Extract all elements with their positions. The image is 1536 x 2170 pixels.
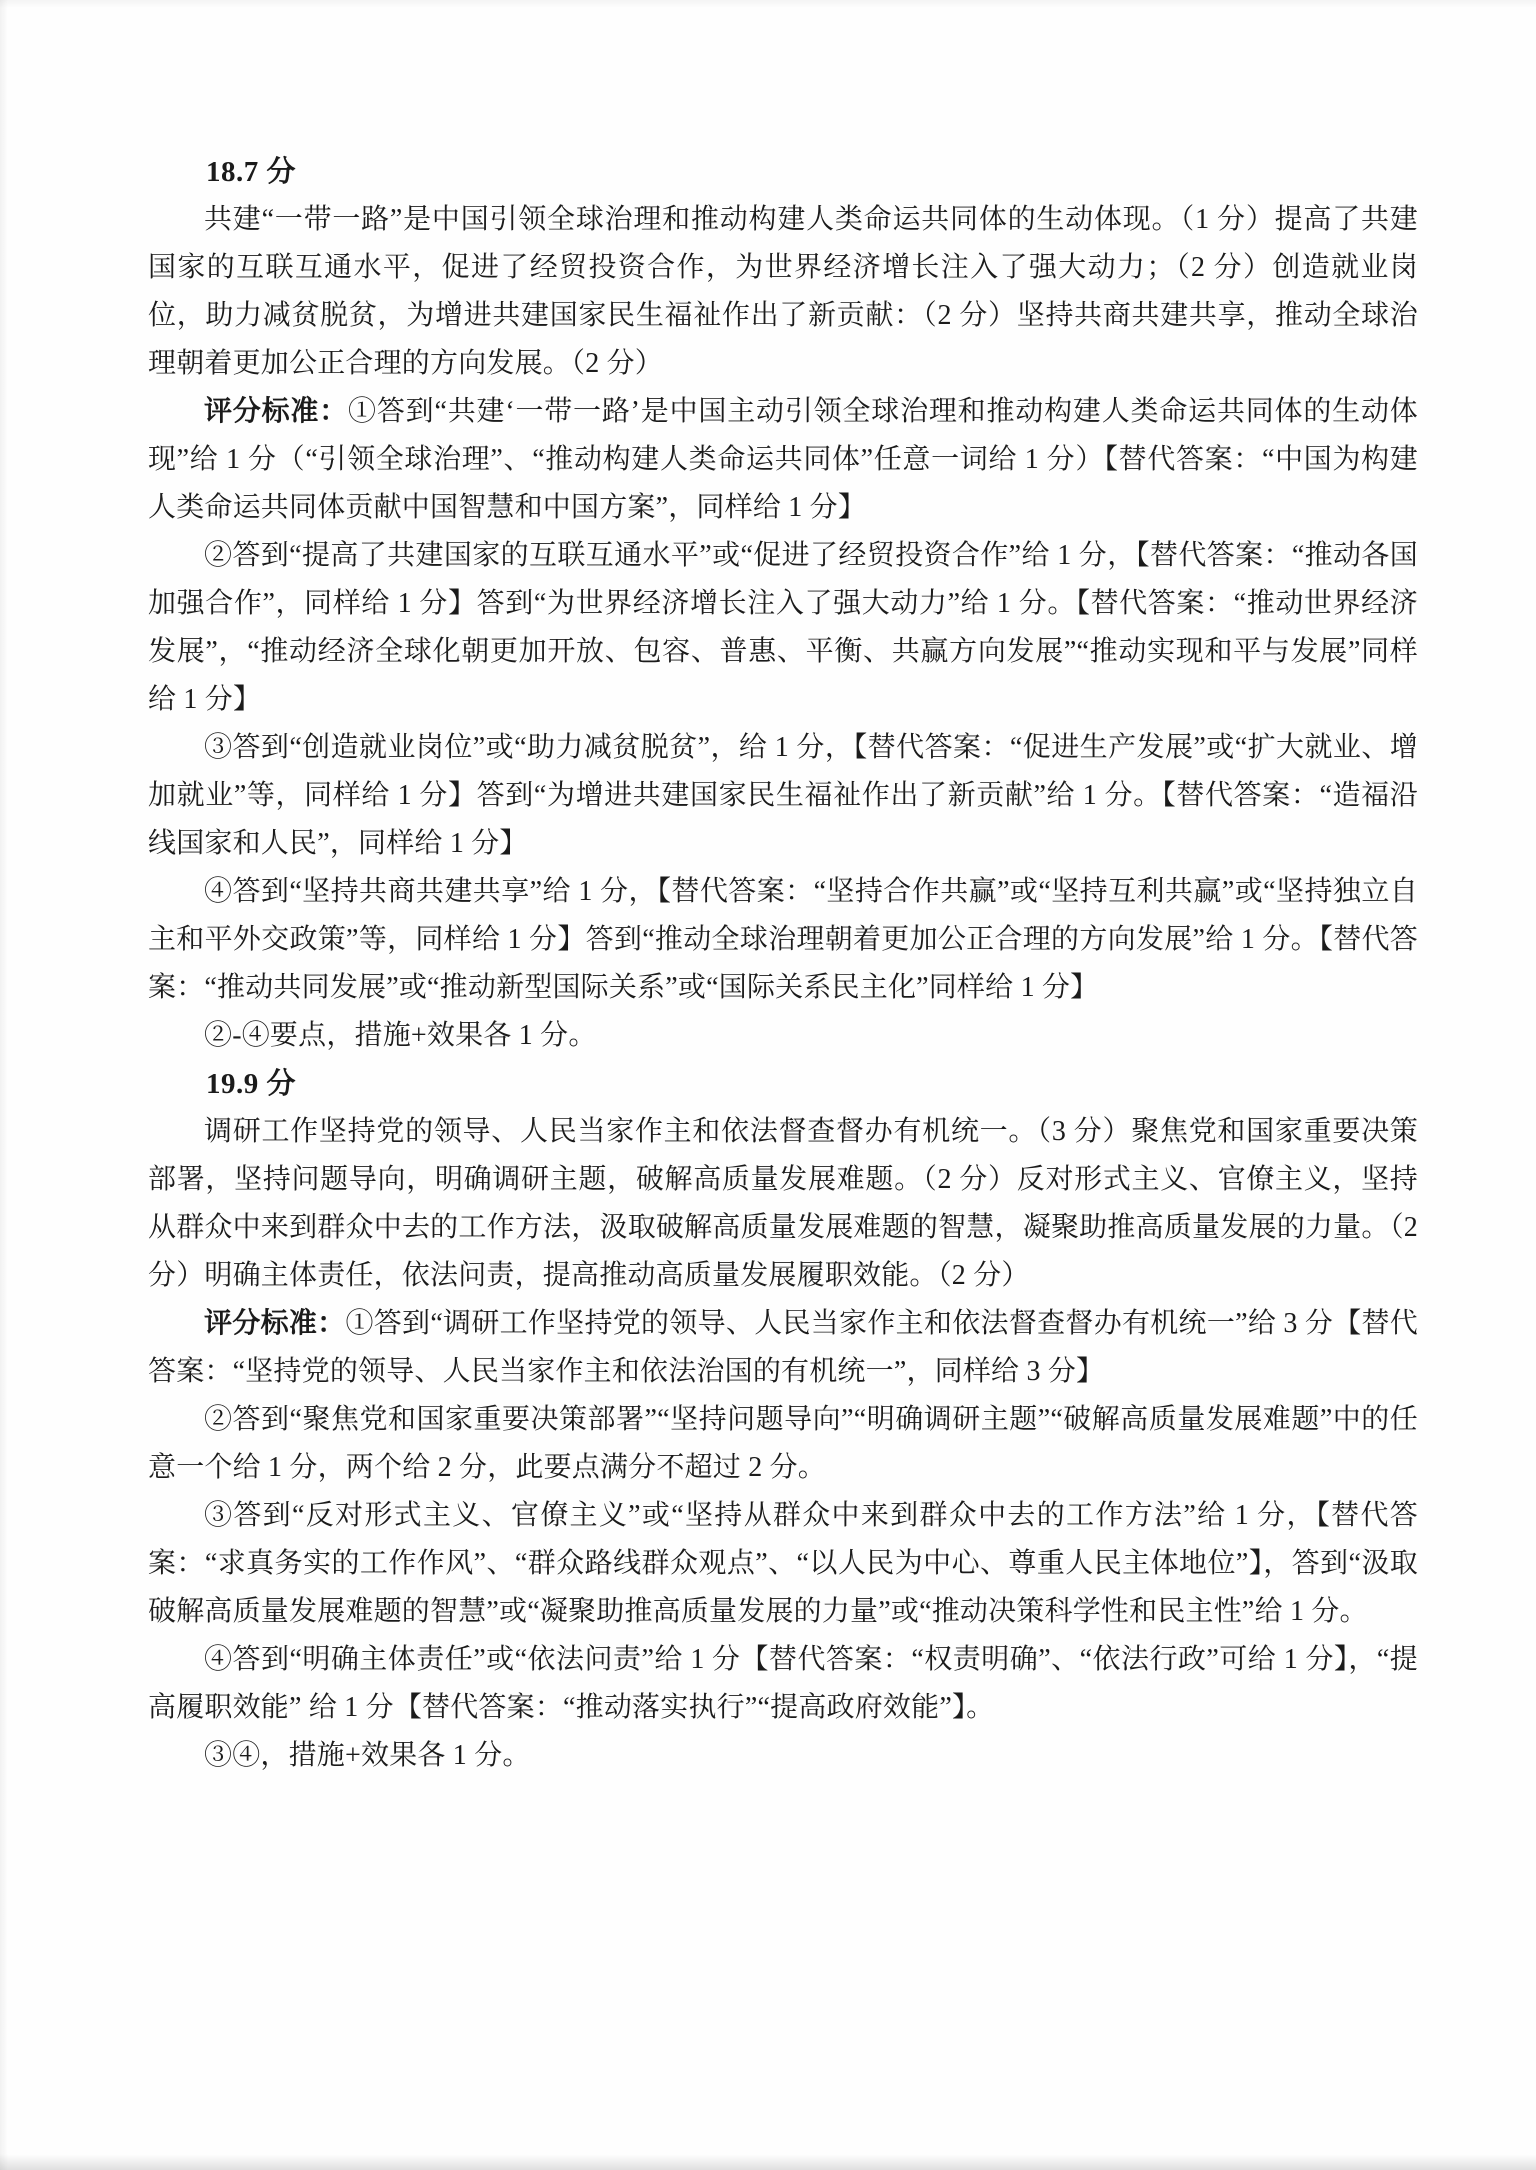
- question-19-answer-paragraph: 调研工作坚持党的领导、人民当家作主和依法督查督办有机统一。（3 分）聚焦党和国家…: [148, 1108, 1418, 1300]
- paragraph-text: ②答到“提高了共建国家的互联互通水平”或“促进了经贸投资合作”给 1 分，【替代…: [148, 540, 1418, 715]
- question-19-rubric-point-2: ②答到“聚焦党和国家重要决策部署”“坚持问题导向”“明确调研主题”“破解高质量发…: [148, 1396, 1418, 1492]
- paragraph-text: ②答到“聚焦党和国家重要决策部署”“坚持问题导向”“明确调研主题”“破解高质量发…: [148, 1404, 1418, 1483]
- paragraph-text: ④答到“坚持共商共建共享”给 1 分，【替代答案：“坚持合作共赢”或“坚持互利共…: [148, 876, 1418, 1003]
- document-page: 18.7 分 共建“一带一路”是中国引领全球治理和推动构建人类命运共同体的生动体…: [0, 0, 1536, 2170]
- question-18-rubric-point-1: 评分标准：①答到“共建‘一带一路’是中国主动引领全球治理和推动构建人类命运共同体…: [148, 388, 1418, 532]
- paragraph-text: ④答到“明确主体责任”或“依法问责”给 1 分【替代答案：“权责明确”、“依法行…: [148, 1644, 1418, 1723]
- question-18-rubric-point-3: ③答到“创造就业岗位”或“助力减贫脱贫”，给 1 分，【替代答案：“促进生产发展…: [148, 724, 1418, 868]
- question-19-rubric-point-4: ④答到“明确主体责任”或“依法问责”给 1 分【替代答案：“权责明确”、“依法行…: [148, 1636, 1418, 1732]
- question-18-rubric-note: ②-④要点，措施+效果各 1 分。: [148, 1012, 1418, 1060]
- question-18-heading: 18.7 分: [148, 148, 1418, 196]
- question-18-answer-section: 18.7 分 共建“一带一路”是中国引领全球治理和推动构建人类命运共同体的生动体…: [148, 148, 1418, 1060]
- question-19-answer-section: 19.9 分 调研工作坚持党的领导、人民当家作主和依法督查督办有机统一。（3 分…: [148, 1060, 1418, 1780]
- question-18-rubric-point-2: ②答到“提高了共建国家的互联互通水平”或“促进了经贸投资合作”给 1 分，【替代…: [148, 532, 1418, 724]
- question-19-rubric-note: ③④，措施+效果各 1 分。: [148, 1732, 1418, 1780]
- question-19-rubric-point-3: ③答到“反对形式主义、官僚主义”或“坚持从群众中来到群众中去的工作方法”给 1 …: [148, 1492, 1418, 1636]
- scan-shadow-top: [0, 0, 1536, 8]
- rubric-label: 评分标准：: [204, 1308, 345, 1339]
- question-19-rubric-point-1: 评分标准：①答到“调研工作坚持党的领导、人民当家作主和依法督查督办有机统一”给 …: [148, 1300, 1418, 1396]
- question-18-answer-paragraph: 共建“一带一路”是中国引领全球治理和推动构建人类命运共同体的生动体现。（1 分）…: [148, 196, 1418, 388]
- paragraph-text: ③答到“创造就业岗位”或“助力减贫脱贫”，给 1 分，【替代答案：“促进生产发展…: [148, 732, 1418, 859]
- paragraph-text: ②-④要点，措施+效果各 1 分。: [204, 1020, 597, 1051]
- rubric-label: 评分标准：: [204, 396, 348, 427]
- scan-shadow-bottom: [0, 2154, 1536, 2170]
- paragraph-text: 调研工作坚持党的领导、人民当家作主和依法督查督办有机统一。（3 分）聚焦党和国家…: [148, 1116, 1418, 1291]
- question-18-rubric-point-4: ④答到“坚持共商共建共享”给 1 分，【替代答案：“坚持合作共赢”或“坚持互利共…: [148, 868, 1418, 1012]
- paragraph-text: ③④，措施+效果各 1 分。: [204, 1740, 531, 1771]
- paragraph-text: 共建“一带一路”是中国引领全球治理和推动构建人类命运共同体的生动体现。（1 分）…: [148, 204, 1418, 379]
- scan-shadow-left: [0, 0, 8, 2170]
- paragraph-text: ③答到“反对形式主义、官僚主义”或“坚持从群众中来到群众中去的工作方法”给 1 …: [148, 1500, 1418, 1627]
- question-19-heading: 19.9 分: [148, 1060, 1418, 1108]
